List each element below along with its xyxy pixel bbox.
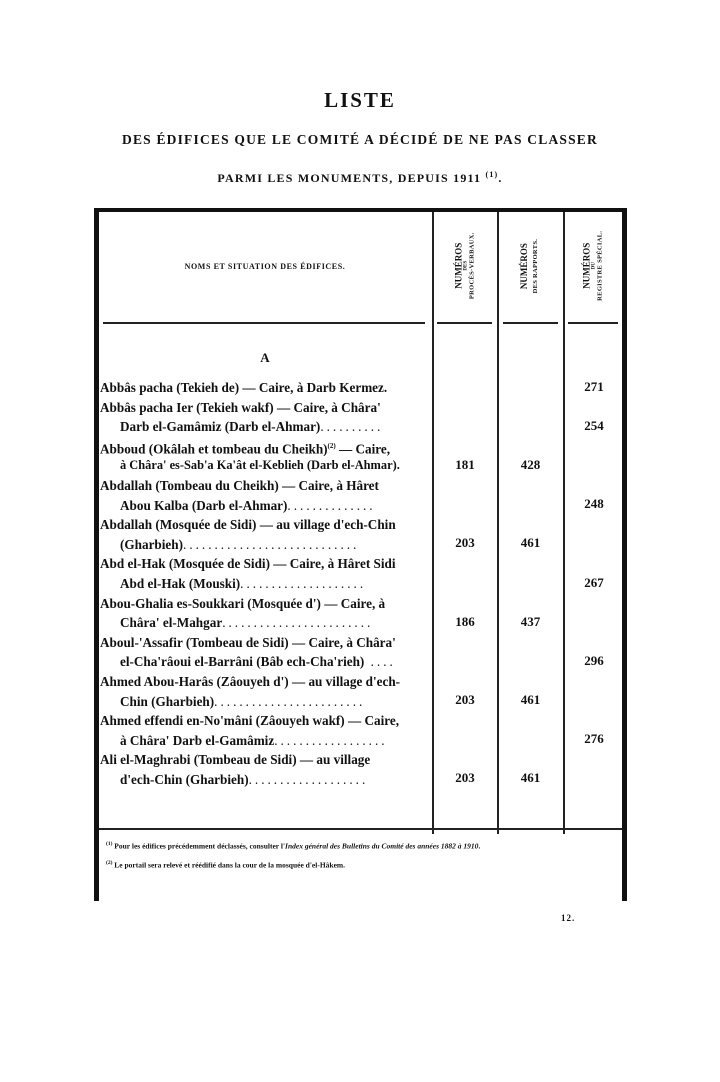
entry-line: Aboul-'Assafir (Tombeau de Sidi) — Caire… (100, 633, 430, 653)
entry-line: Abd el-Hak (Mosquée de Sidi) — Caire, à … (100, 554, 430, 574)
entry-text: — Caire, (336, 441, 390, 456)
table-frame-top (94, 208, 627, 212)
header-bottom: PROCÈS-VERBAUX. (469, 233, 476, 300)
entry-line: Abboud (Okâlah et tombeau du Cheikh)(2) … (100, 437, 430, 457)
header-rule (437, 322, 492, 324)
leader-dots: .................. (274, 733, 387, 748)
leader-dots: ........................ (214, 694, 365, 709)
table-row: Abd el-Hak (Mosquée de Sidi) — Caire, à … (100, 554, 625, 593)
table-row: Aboul-'Assafir (Tombeau de Sidi) — Caire… (100, 633, 625, 672)
footnote-italic-text: Index général des Bulletins du Comité de… (285, 842, 478, 851)
leader-dots: ........................ (222, 615, 373, 630)
registre-number: 248 (564, 494, 624, 513)
entry-line: Ahmed effendi en-No'mâni (Zâouyeh wakf) … (100, 711, 430, 731)
entry-text: à Châra' Darb el-Gamâmiz (120, 733, 274, 748)
leader-dots: .... (364, 654, 395, 669)
table-row: Ali el-Maghrabi (Tombeau de Sidi) — au v… (100, 750, 625, 789)
entry-line: Abdallah (Tombeau du Cheikh) — Caire, à … (100, 476, 430, 496)
entry-line: Abdallah (Mosquée de Sidi) — au village … (100, 515, 430, 535)
page-subtitle-line2: PARMI LES MONUMENTS, DEPUIS 1911 (1). (0, 170, 720, 186)
subtitle-end: . (498, 171, 502, 185)
footnote-1: (1) Pour les édifices précédemment décla… (100, 838, 620, 853)
entries-list: Abbâs pacha (Tekieh de) — Caire, à Darb … (100, 378, 625, 789)
page-title: LISTE (0, 88, 720, 113)
column-header-rapports: NUMÉROS DES RAPPORTS. (499, 216, 562, 316)
entry-line: à Châra' es-Sab'a Ka'ât el-Keblieh (Darb… (100, 456, 430, 476)
entry-text: (Gharbieh) (120, 537, 183, 552)
header-top: NUMÉROS (454, 233, 463, 300)
entry-text: el-Cha'râoui el-Barrâni (Bâb ech-Cha'rie… (120, 654, 364, 669)
header-rule (503, 322, 558, 324)
entry-line: Abd el-Hak (Mouski).................... (100, 574, 430, 594)
registre-number: 276 (564, 729, 624, 748)
entry-text: Chin (Gharbieh) (120, 694, 214, 709)
entry-line: (Gharbieh)............................ (100, 535, 430, 555)
header-top: NUMÉROS (582, 231, 591, 301)
rapport-number: 437 (498, 612, 563, 631)
footnote-text: . (478, 842, 480, 851)
entry-text: Abou Kalba (Darb el-Ahmar) (120, 498, 287, 513)
leader-dots: .............. (287, 498, 375, 513)
leader-dots: .......... (320, 419, 383, 434)
rapport-number: 461 (498, 533, 563, 552)
section-letter: A (100, 350, 430, 366)
footnotes: (1) Pour les édifices précédemment décla… (100, 838, 620, 875)
table-frame-left (94, 208, 99, 901)
entry-line: Abbâs pacha Ier (Tekieh wakf) — Caire, à… (100, 398, 430, 418)
rapport-number: 461 (498, 690, 563, 709)
entry-line: Abbâs pacha (Tekieh de) — Caire, à Darb … (100, 378, 430, 398)
header-rule (568, 322, 618, 324)
entry-line: à Châra' Darb el-Gamâmiz................… (100, 731, 430, 751)
leader-dots: .................... (240, 576, 366, 591)
footnote-text: Le portail sera relevé et réédifié dans … (112, 860, 345, 869)
table-row: Abdallah (Tombeau du Cheikh) — Caire, à … (100, 476, 625, 515)
table-bottom-rule (99, 828, 622, 830)
table-row: Ahmed Abou-Harâs (Zâouyeh d') — au villa… (100, 672, 625, 711)
entry-line: Chin (Gharbieh)........................ (100, 692, 430, 712)
table-row: Ahmed effendi en-No'mâni (Zâouyeh wakf) … (100, 711, 625, 750)
entry-line: Abou Kalba (Darb el-Ahmar).............. (100, 496, 430, 516)
rapport-number: 461 (498, 768, 563, 787)
leader-dots: ................... (249, 772, 369, 787)
table-row: Abou-Ghalia es-Soukkari (Mosquée d') — C… (100, 594, 625, 633)
leader-dots: ............................ (183, 537, 359, 552)
entry-text: Darb el-Gamâmiz (Darb el-Ahmar) (120, 419, 320, 434)
proces-verbal-number: 203 (433, 533, 497, 552)
registre-number: 267 (564, 573, 624, 592)
page-number: 12. (561, 913, 575, 923)
table-row: Abboud (Okâlah et tombeau du Cheikh)(2) … (100, 437, 625, 476)
entry-text: Abboud (Okâlah et tombeau du Cheikh) (100, 441, 328, 456)
proces-verbal-number: 181 (433, 455, 497, 474)
column-header-registre: NUMÉROS DU REGISTRE SPÉCIAL. (565, 216, 621, 316)
header-rule (103, 322, 425, 324)
rapport-number: 428 (498, 455, 563, 474)
footnote-ref: (2) (328, 442, 336, 450)
proces-verbal-number: 203 (433, 768, 497, 787)
table-row: Abbâs pacha (Tekieh de) — Caire, à Darb … (100, 378, 625, 398)
entry-line: el-Cha'râoui el-Barrâni (Bâb ech-Cha'rie… (100, 652, 430, 672)
entry-text: Châra' el-Mahgar (120, 615, 222, 630)
table-row: Abbâs pacha Ier (Tekieh wakf) — Caire, à… (100, 398, 625, 437)
entry-line: Ahmed Abou-Harâs (Zâouyeh d') — au villa… (100, 672, 430, 692)
proces-verbal-number: 203 (433, 690, 497, 709)
page-subtitle-line1: DES ÉDIFICES QUE LE COMITÉ A DÉCIDÉ DE N… (0, 132, 720, 148)
entry-text: d'ech-Chin (Gharbieh) (120, 772, 249, 787)
header-bottom: REGISTRE SPÉCIAL. (597, 231, 604, 301)
header-top: NUMÉROS (520, 239, 529, 294)
entry-line: Darb el-Gamâmiz (Darb el-Ahmar).........… (100, 417, 430, 437)
entry-line: Ali el-Maghrabi (Tombeau de Sidi) — au v… (100, 750, 430, 770)
registre-number: 254 (564, 416, 624, 435)
footnote-2: (2) Le portail sera relevé et réédifié d… (100, 857, 620, 872)
registre-number: 296 (564, 651, 624, 670)
registre-number: 271 (564, 377, 624, 396)
header-bottom: DES RAPPORTS. (534, 239, 541, 294)
table-row: Abdallah (Mosquée de Sidi) — au village … (100, 515, 625, 554)
entry-text: Abd el-Hak (Mouski) (120, 576, 240, 591)
footnote-text: Pour les édifices précédemment déclassés… (112, 842, 285, 851)
footnote-ref: (1) (485, 170, 498, 179)
proces-verbal-number: 186 (433, 612, 497, 631)
subtitle-text: PARMI LES MONUMENTS, DEPUIS 1911 (217, 171, 481, 185)
entry-line: d'ech-Chin (Gharbieh)................... (100, 770, 430, 790)
column-header-proces-verbaux: NUMÉROS DES PROCÈS-VERBAUX. (434, 216, 496, 316)
entry-line: Abou-Ghalia es-Soukkari (Mosquée d') — C… (100, 594, 430, 614)
entry-line: Châra' el-Mahgar........................ (100, 613, 430, 633)
column-header-names: NOMS ET SITUATION DES ÉDIFICES. (100, 262, 430, 271)
